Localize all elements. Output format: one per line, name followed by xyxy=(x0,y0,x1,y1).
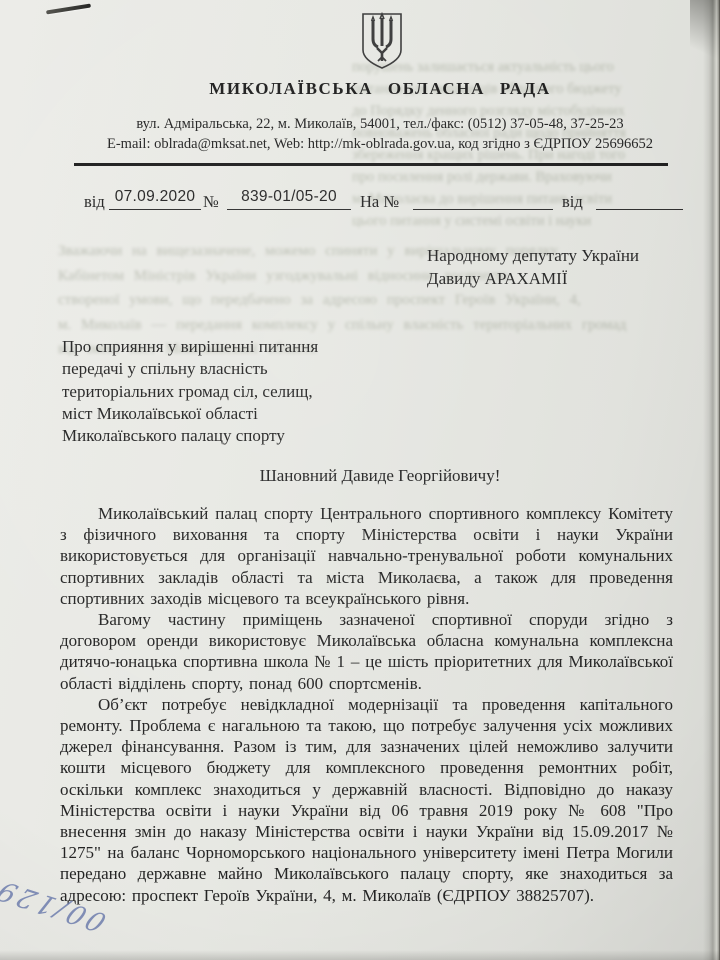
body-paragraph: Миколаївський палац спорту Центрального … xyxy=(60,503,673,609)
subject-line: Миколаївського палацу спорту xyxy=(62,425,318,447)
staple-mark xyxy=(46,4,91,15)
reply-number-blank xyxy=(413,188,553,210)
body-paragraph: Вагому частину приміщень зазначеної спор… xyxy=(60,609,673,694)
subject-line: територіальних громад сіл, селищ, xyxy=(62,381,318,403)
ukraine-trident-icon xyxy=(360,12,404,70)
bottom-edge-shadow xyxy=(0,950,720,960)
org-name: МИКОЛАЇВСЬКА ОБЛАСНА РАДА xyxy=(15,79,720,99)
number-label: № xyxy=(203,192,219,212)
subject-line: міст Миколаївської області xyxy=(62,403,318,425)
reply-number-label: На № xyxy=(360,192,399,212)
body-paragraph: Об’єкт потребує невідкладної модернізаці… xyxy=(60,694,673,906)
subject-line: передачі у спільну власність xyxy=(62,358,318,380)
subject-line: Про сприяння у вирішенні питання xyxy=(62,336,318,358)
scanned-letter-photo: порушень залишається актуальність цього … xyxy=(0,0,720,960)
reply-date-blank xyxy=(596,188,683,210)
salutation: Шановний Давиде Георгійовичу! xyxy=(15,466,720,486)
letter-body: Миколаївський палац спорту Центрального … xyxy=(60,503,673,906)
org-address-line: вул. Адміральська, 22, м. Миколаїв, 5400… xyxy=(15,116,720,133)
number-value: 839-01/05-20 xyxy=(227,188,351,210)
reply-date-label: від xyxy=(562,192,583,212)
reference-row: від 07.09.2020 № 839-01/05-20 На № від xyxy=(0,188,720,216)
recipient-title: Народному депутату України xyxy=(427,245,639,268)
subject-block: Про сприяння у вирішенні питання передач… xyxy=(62,336,318,447)
letterhead-divider xyxy=(74,163,668,166)
date-value: 07.09.2020 xyxy=(109,188,201,210)
recipient-name: Давиду АРАХАМІЇ xyxy=(427,268,639,291)
date-label: від xyxy=(84,192,105,212)
page-edge-shadow xyxy=(703,0,720,960)
org-contacts-line: E-mail: oblrada@mksat.net, Web: http://m… xyxy=(15,136,720,153)
recipient-block: Народному депутату України Давиду АРАХАМ… xyxy=(427,245,639,290)
